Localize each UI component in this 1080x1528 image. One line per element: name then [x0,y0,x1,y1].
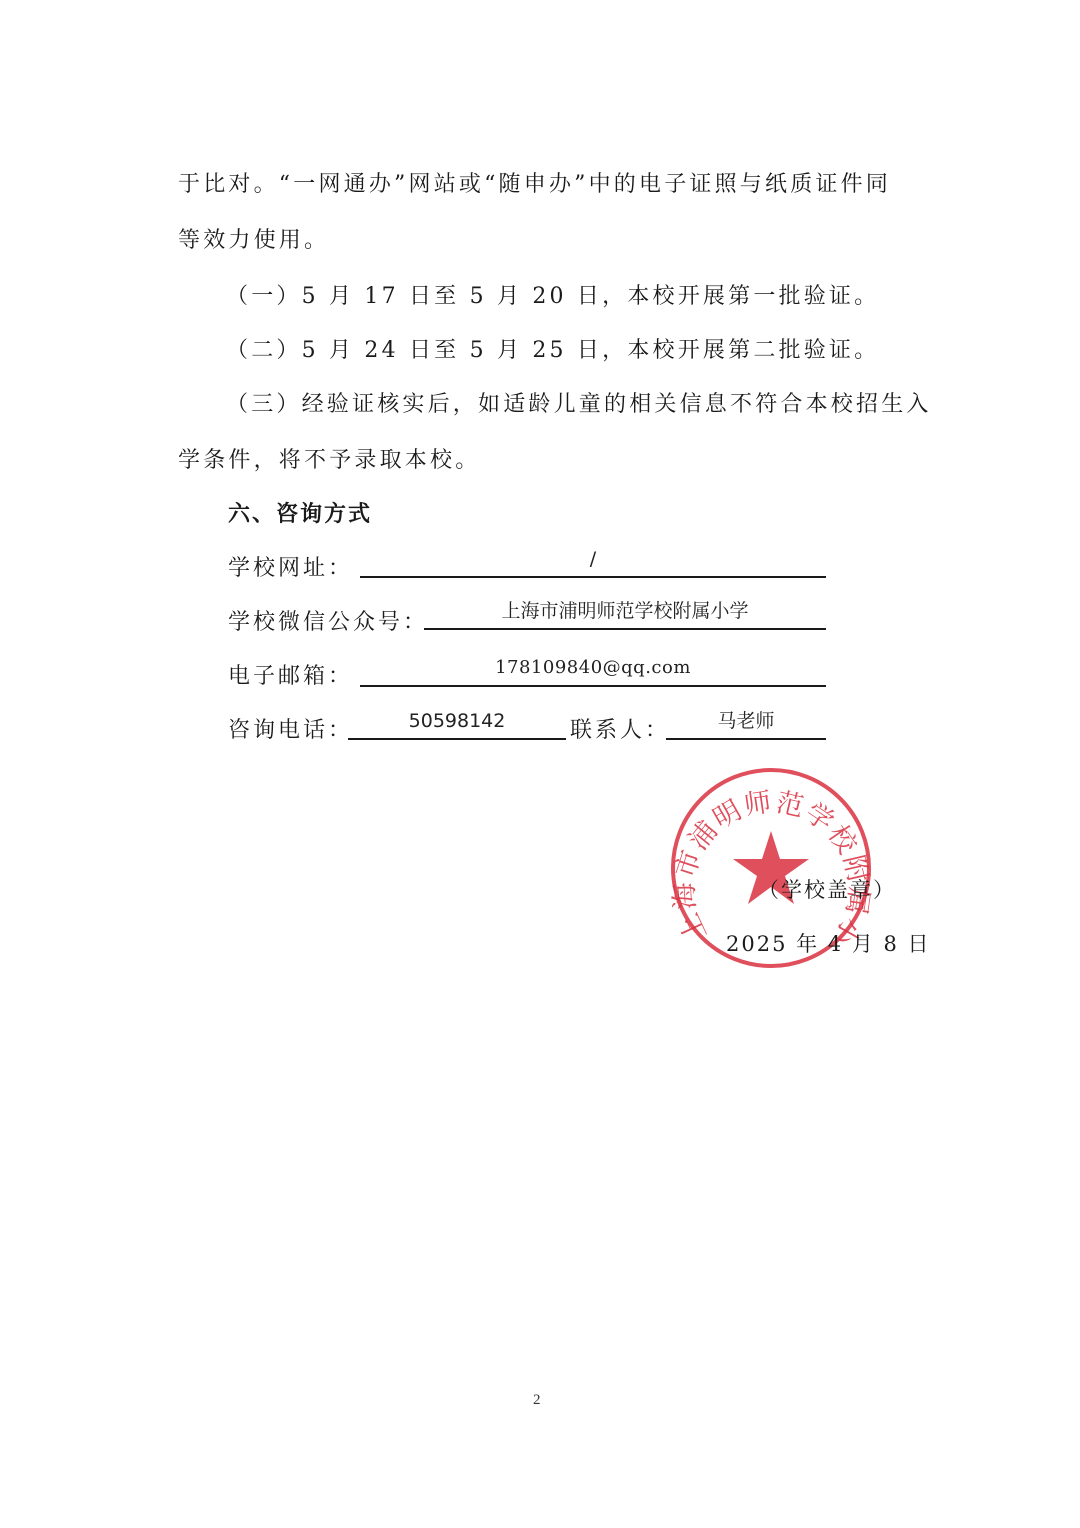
wechat-label: 学校微信公众号： [228,608,428,638]
document-date: 2025 年 4 月 8 日 [726,928,931,958]
paragraph-item-1: （一）5 月 17 日至 5 月 20 日，本校开展第一批验证。 [226,282,879,312]
contact-person-label: 联系人： [570,716,670,746]
page-number: 2 [533,1392,541,1409]
section-heading: 六、咨询方式 [228,500,372,530]
paragraph-line: 学条件，将不予录取本校。 [178,446,480,476]
paragraph-line: 等效力使用。 [178,226,329,256]
email-label: 电子邮箱： [228,662,353,692]
contact-person-field: 马老师 [666,708,826,740]
paragraph-item-3: （三）经验证核实后，如适龄儿童的相关信息不符合本校招生入 [226,390,932,420]
website-label: 学校网址： [228,554,353,584]
stamp-note: （学校盖章） [758,874,896,904]
paragraph-item-2: （二）5 月 24 日至 5 月 25 日，本校开展第二批验证。 [226,336,879,366]
email-field: 178109840@qq.com [360,655,826,687]
phone-label: 咨询电话： [228,716,353,746]
paragraph-line: 于比对。“一网通办”网站或“随申办”中的电子证照与纸质证件同 [178,170,891,200]
phone-field: 50598142 [348,708,566,740]
website-field: / [360,546,826,578]
wechat-field: 上海市浦明师范学校附属小学 [424,598,826,630]
